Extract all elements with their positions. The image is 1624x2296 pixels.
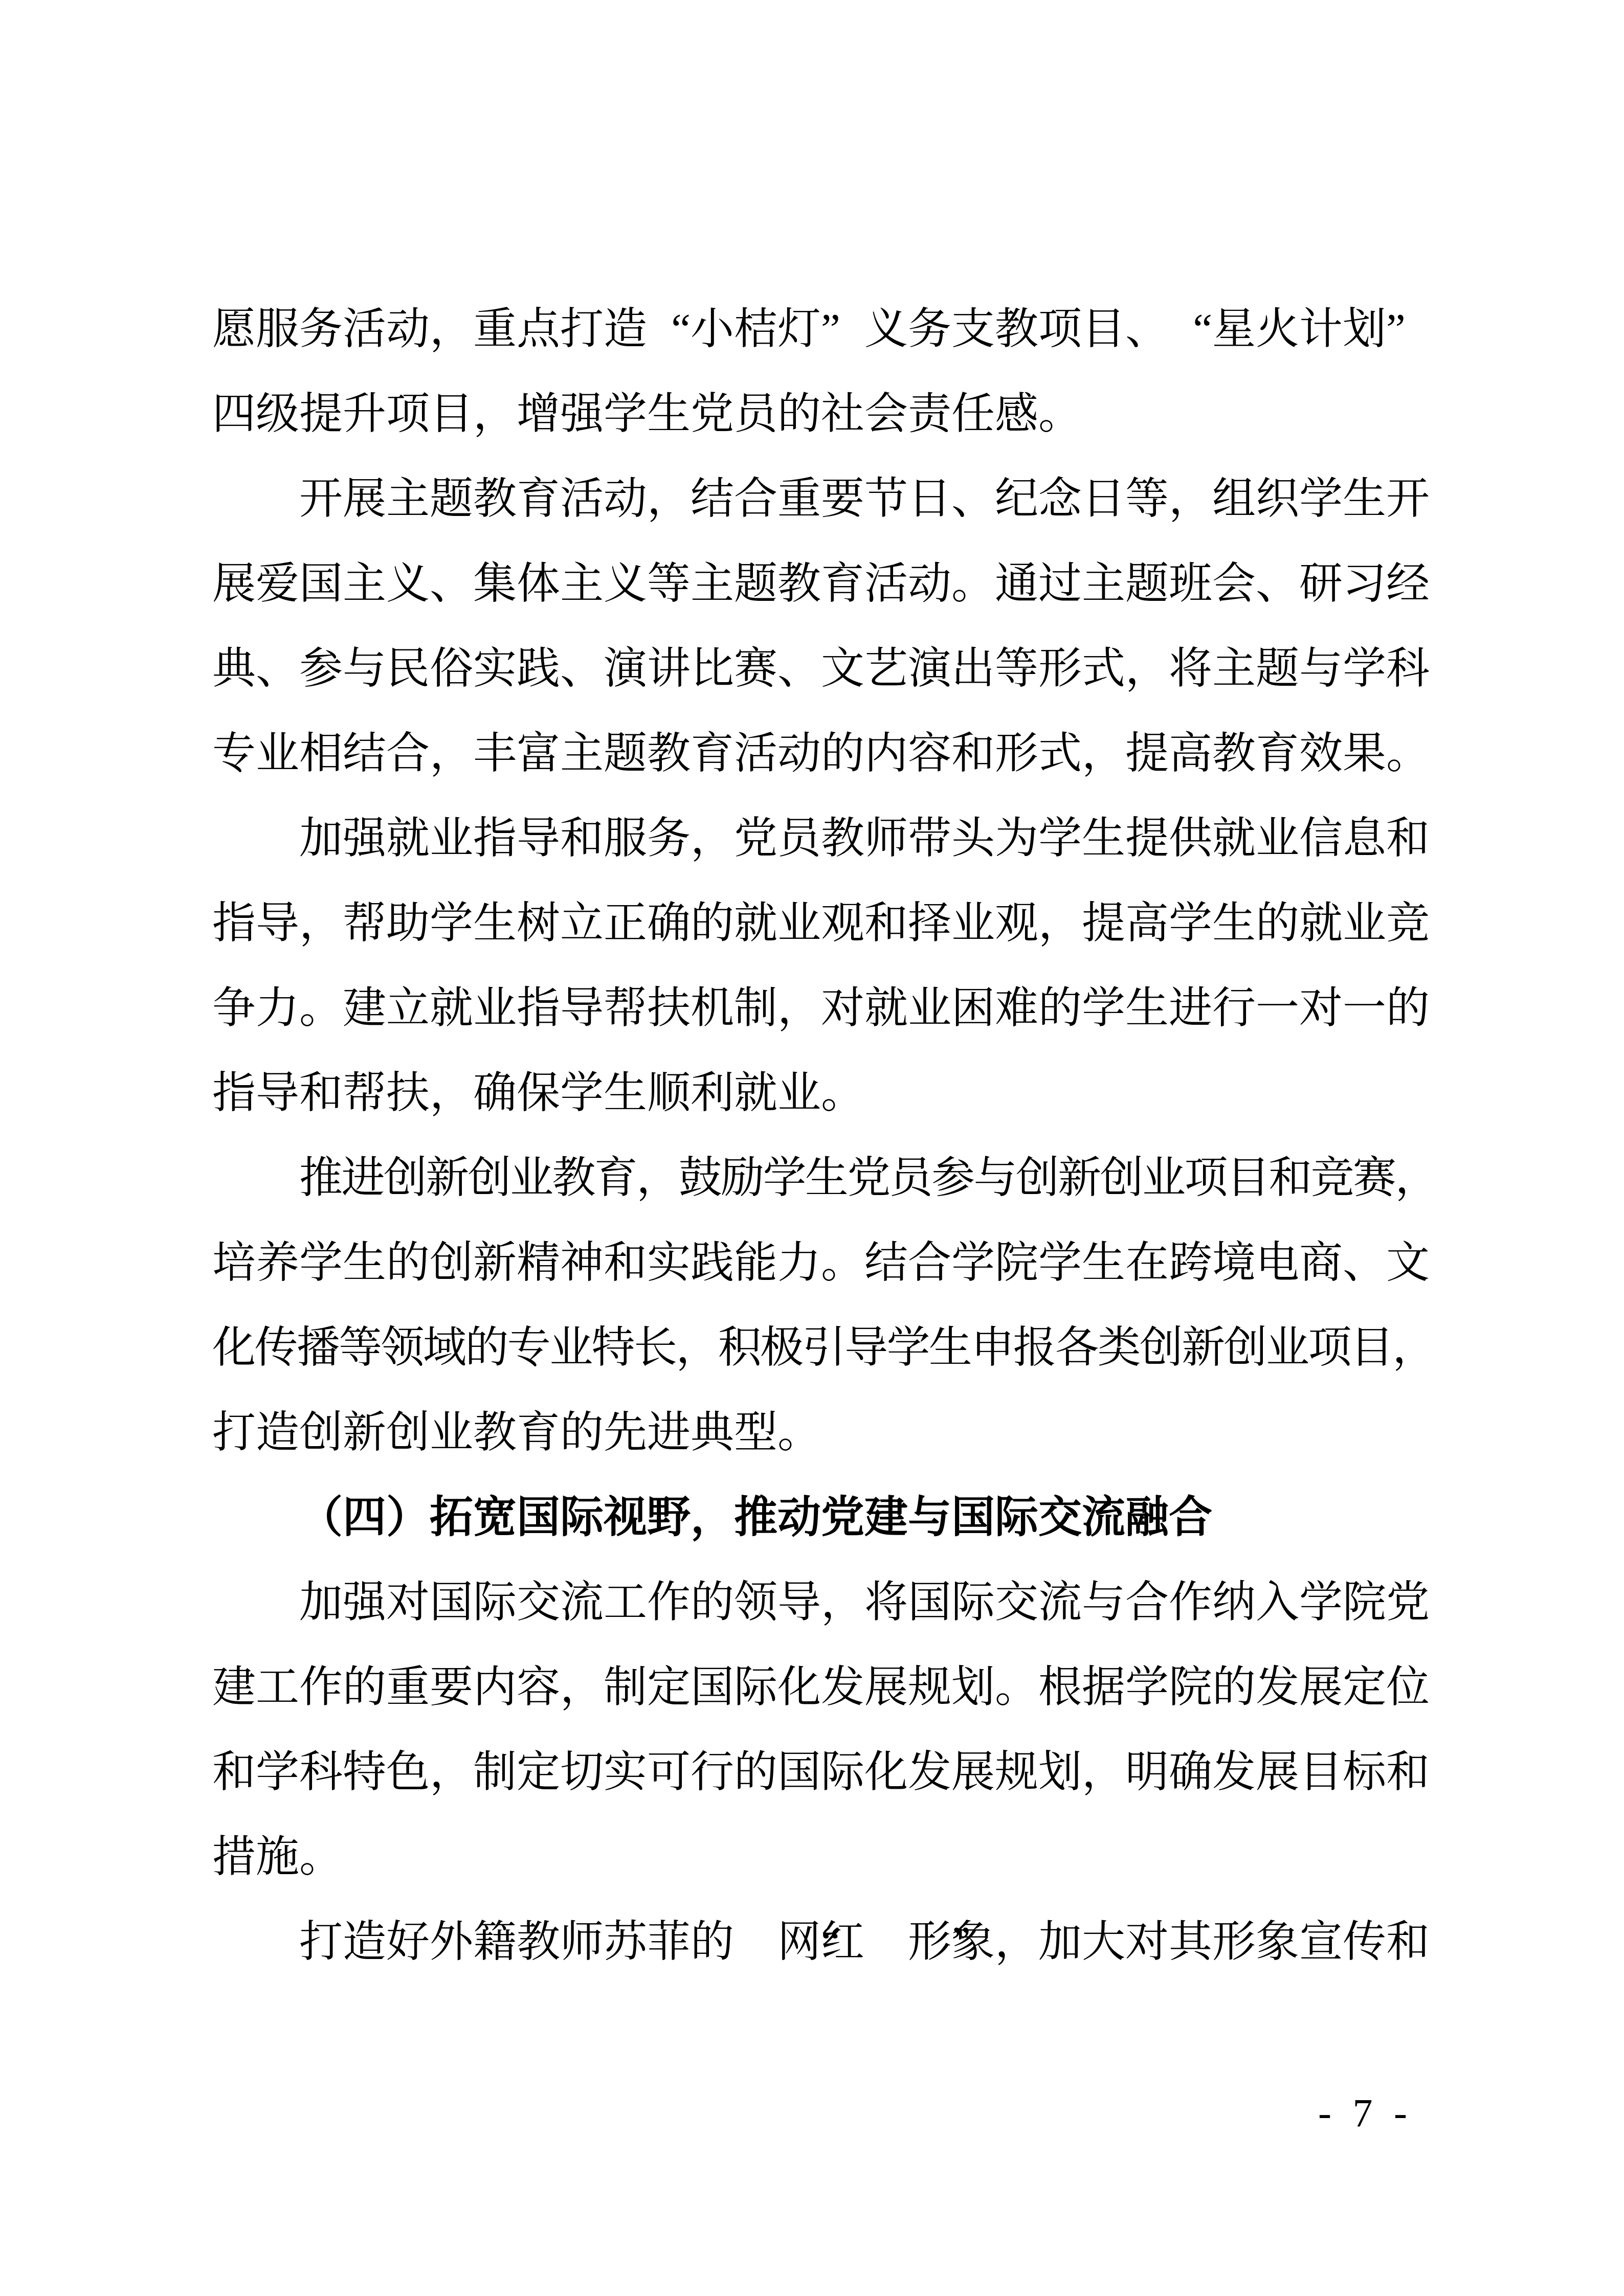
section-heading: （四）拓宽国际视野，推动党建与国际交流融合 bbox=[212, 1475, 1430, 1560]
text-line: 打造好外籍教师苏菲的“网红”形象，加大对其形象宣传和 bbox=[212, 1900, 1430, 1985]
open-quote: “ bbox=[1169, 287, 1212, 372]
document-page: 愿服务活动，重点打造“小桔灯”义务支教项目、“星火计划”四级提升项目，增强学生党… bbox=[0, 0, 1624, 2296]
text-line: 专业相结合，丰富主题教育活动的内容和形式，提高教育效果。 bbox=[212, 711, 1430, 796]
text-line: 措施。 bbox=[212, 1815, 1430, 1900]
text-line: 加强对国际交流工作的领导，将国际交流与合作纳入学院党 bbox=[212, 1560, 1430, 1645]
text-line: 加强就业指导和服务，党员教师带头为学生提供就业信息和 bbox=[212, 796, 1430, 881]
text-line: 愿服务活动，重点打造“小桔灯”义务支教项目、“星火计划” bbox=[212, 287, 1430, 372]
close-quote: ” bbox=[821, 287, 864, 372]
text-line: 打造创新创业教育的先进典型。 bbox=[212, 1390, 1430, 1475]
page-number: - 7 - bbox=[1318, 2093, 1409, 2133]
text-line: 建工作的重要内容，制定国际化发展规划。根据学院的发展定位 bbox=[212, 1645, 1430, 1730]
text-line: 典、参与民俗实践、演讲比赛、文艺演出等形式，将主题与学科 bbox=[212, 626, 1430, 711]
text-line: 化传播等领域的专业特长，积极引导学生申报各类创新创业项目， bbox=[212, 1305, 1430, 1390]
text-line: 和学科特色，制定切实可行的国际化发展规划，明确发展目标和 bbox=[212, 1730, 1430, 1815]
text-line: 展爱国主义、集体主义等主题教育活动。通过主题班会、研习经 bbox=[212, 542, 1430, 626]
close-quote: ” bbox=[1386, 287, 1430, 372]
text-line: 指导，帮助学生树立正确的就业观和择业观，提高学生的就业竞 bbox=[212, 881, 1430, 966]
close-quote: ” bbox=[864, 1900, 908, 1985]
text-line: 四级提升项目，增强学生党员的社会责任感。 bbox=[212, 372, 1430, 457]
text-line: 推进创新创业教育，鼓励学生党员参与创新创业项目和竞赛， bbox=[212, 1136, 1430, 1221]
open-quote: “ bbox=[647, 287, 691, 372]
text-line: 指导和帮扶，确保学生顺利就业。 bbox=[212, 1051, 1430, 1136]
open-quote: “ bbox=[734, 1900, 777, 1985]
text-line: 开展主题教育活动，结合重要节日、纪念日等，组织学生开 bbox=[212, 457, 1430, 542]
text-line: 培养学生的创新精神和实践能力。结合学院学生在跨境电商、文 bbox=[212, 1221, 1430, 1305]
text-line: 争力。建立就业指导帮扶机制，对就业困难的学生进行一对一的 bbox=[212, 966, 1430, 1051]
document-body: 愿服务活动，重点打造“小桔灯”义务支教项目、“星火计划”四级提升项目，增强学生党… bbox=[212, 287, 1430, 1985]
